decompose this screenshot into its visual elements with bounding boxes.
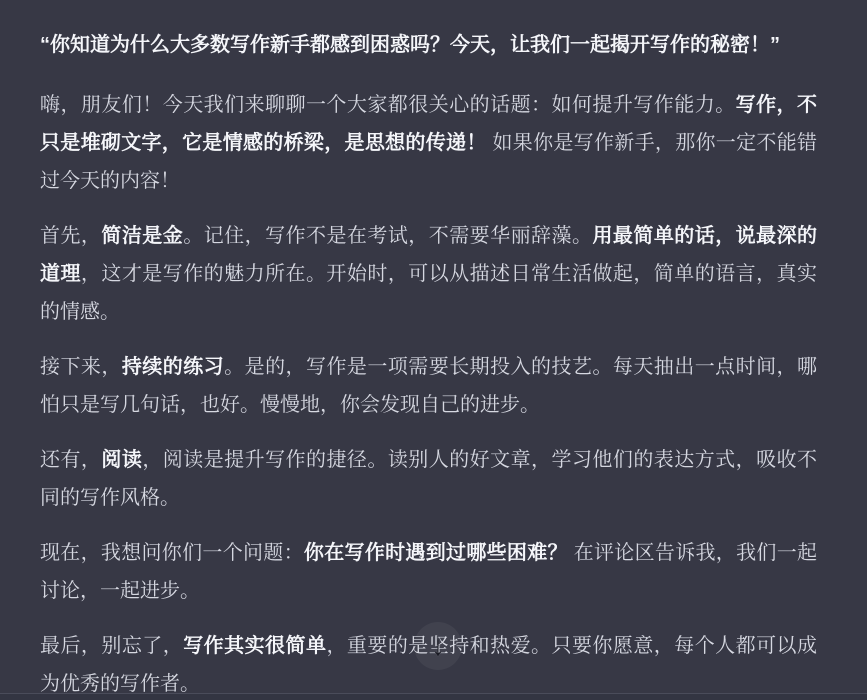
text-segment: 。记住，写作不是在考试，不需要华丽辞藻。 bbox=[183, 225, 592, 247]
message-paragraph: 首先，简洁是金。记住，写作不是在考试，不需要华丽辞藻。用最简单的话，说最深的道理… bbox=[40, 217, 817, 331]
chat-message-area: “你知道为什么大多数写作新手都感到困惑吗？今天，让我们一起揭开写作的秘密！” 嗨… bbox=[0, 0, 867, 700]
message-paragraph: 还有，阅读，阅读是提升写作的捷径。读别人的好文章，学习他们的表达方式，吸收不同的… bbox=[40, 441, 817, 517]
message-paragraph: 接下来，持续的练习。是的，写作是一项需要长期投入的技艺。每天抽出一点时间，哪怕只… bbox=[40, 348, 817, 424]
message-paragraph: 现在，我想问你们一个问题：你在写作时遇到过哪些困难？ 在评论区告诉我，我们一起讨… bbox=[40, 534, 817, 610]
bold-text-segment: 持续的练习 bbox=[122, 356, 224, 378]
text-segment: 嗨，朋友们！今天我们来聊聊一个大家都很关心的话题：如何提升写作能力。 bbox=[40, 94, 736, 116]
message-paragraphs: 嗨，朋友们！今天我们来聊聊一个大家都很关心的话题：如何提升写作能力。写作，不只是… bbox=[40, 86, 817, 700]
text-segment: 接下来， bbox=[40, 356, 122, 378]
text-segment: ，阅读是提升写作的捷径。读别人的好文章，学习他们的表达方式，吸收不同的写作风格。 bbox=[40, 449, 817, 509]
text-segment: 现在，我想问你们一个问题： bbox=[40, 542, 304, 564]
message-paragraph: 嗨，朋友们！今天我们来聊聊一个大家都很关心的话题：如何提升写作能力。写作，不只是… bbox=[40, 86, 817, 200]
bold-text-segment: 阅读 bbox=[101, 449, 142, 471]
text-segment: 还有， bbox=[40, 449, 101, 471]
bold-text-segment: 你在写作时遇到过哪些困难？ bbox=[304, 542, 568, 564]
down-arrow-icon: ↓ bbox=[431, 632, 445, 660]
scroll-to-bottom-button[interactable]: ↓ bbox=[414, 622, 462, 670]
text-segment: ，这才是写作的魅力所在。开始时，可以从描述日常生活做起，简单的语言，真实的情感。 bbox=[40, 263, 817, 323]
bold-text-segment: 写作其实很简单 bbox=[183, 635, 326, 657]
text-segment: 首先， bbox=[40, 225, 101, 247]
message-content: “你知道为什么大多数写作新手都感到困惑吗？今天，让我们一起揭开写作的秘密！” 嗨… bbox=[0, 0, 867, 700]
bold-text-segment: 简洁是金 bbox=[101, 225, 183, 247]
text-segment: 最后，别忘了， bbox=[40, 635, 183, 657]
message-heading: “你知道为什么大多数写作新手都感到困惑吗？今天，让我们一起揭开写作的秘密！” bbox=[40, 26, 817, 64]
bottom-divider bbox=[0, 693, 867, 700]
